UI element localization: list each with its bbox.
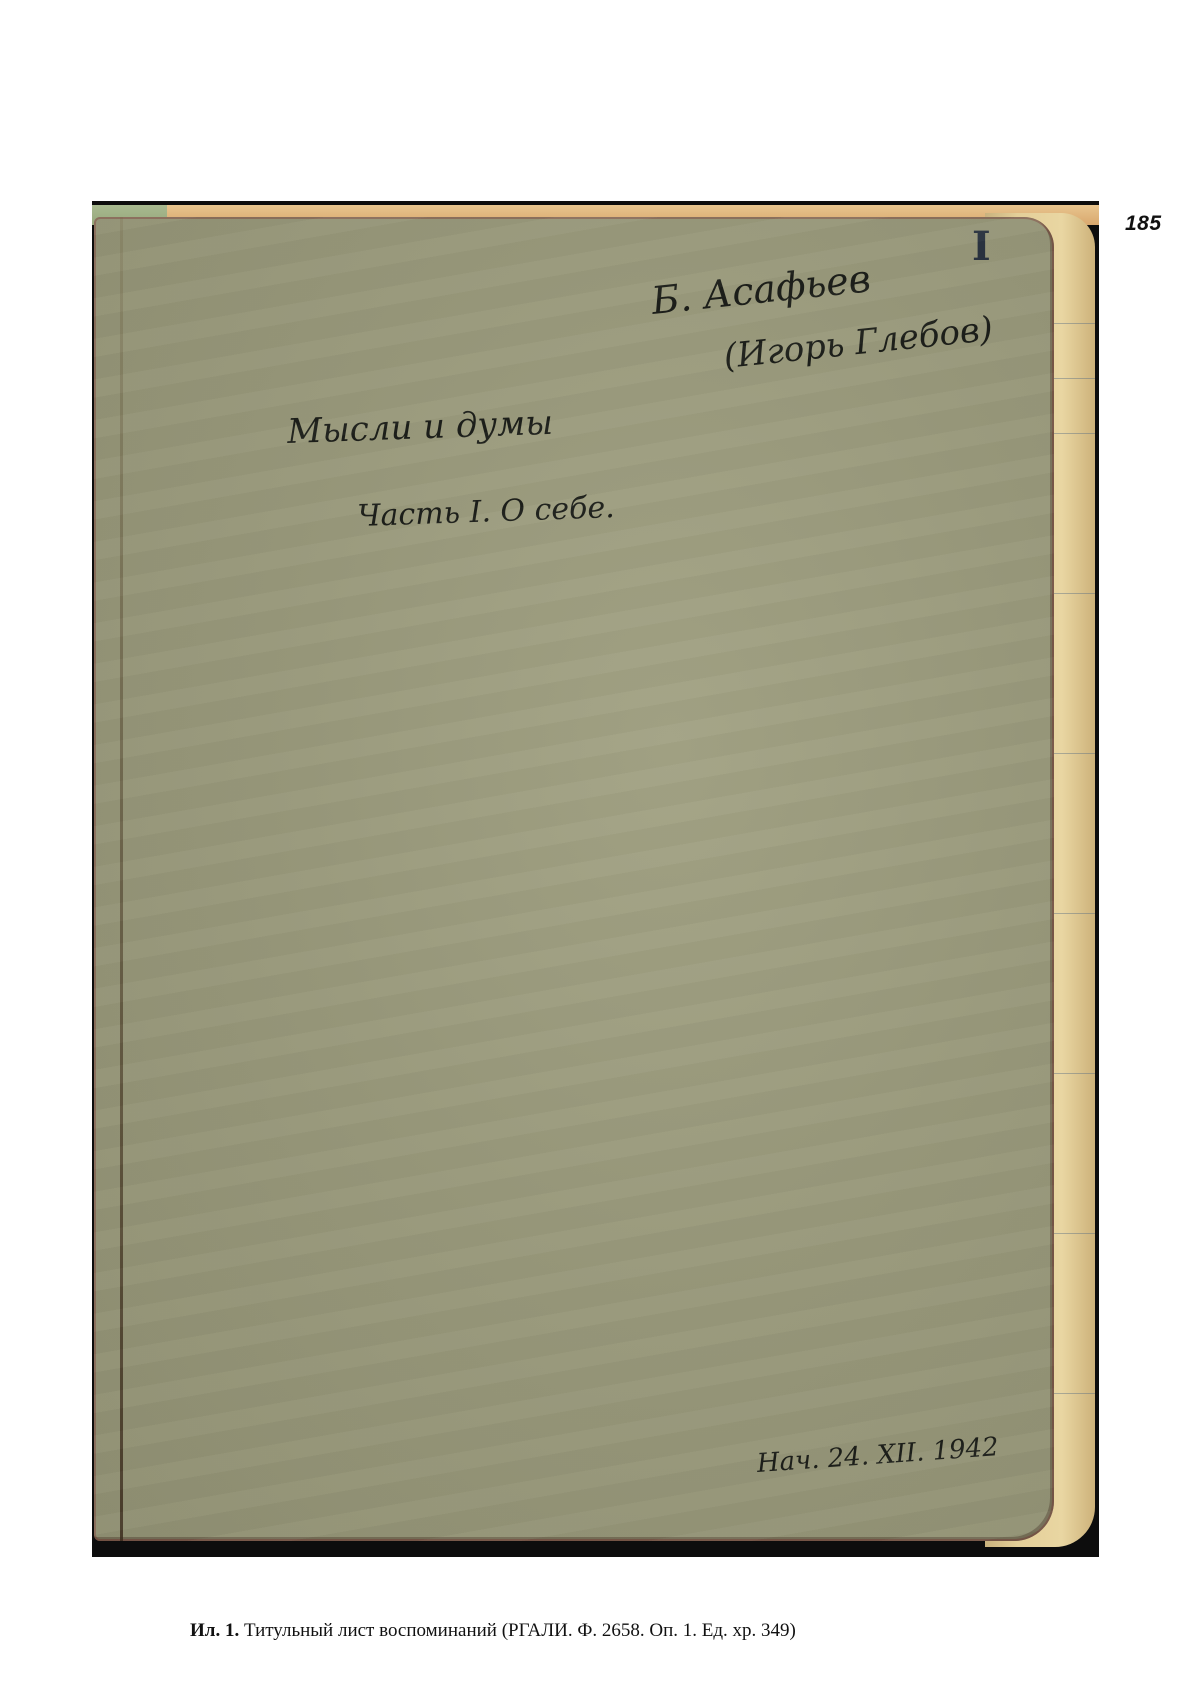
handwritten-pseudonym: (Игорь Глебов) [722, 309, 995, 377]
handwritten-author: Б. Асафьев [649, 256, 872, 323]
page-number: 185 [1125, 212, 1162, 236]
notebook-cover: I Б. Асафьев (Игорь Глебов) Мысли и думы… [94, 217, 1054, 1541]
figure-caption: Ил. 1. Титульный лист воспоминаний (РГАЛ… [190, 1620, 796, 1642]
handwritten-title: Мысли и думы [287, 403, 554, 452]
caption-text: Титульный лист воспоминаний (РГАЛИ. Ф. 2… [239, 1620, 796, 1641]
volume-mark: I [972, 223, 991, 270]
handwritten-part: Часть I. О себе. [357, 490, 615, 534]
manuscript-photo: I Б. Асафьев (Игорь Глебов) Мысли и думы… [92, 201, 1099, 1557]
caption-label: Ил. 1. [190, 1620, 239, 1641]
handwritten-date: Нач. 24. XII. 1942 [756, 1432, 1000, 1479]
